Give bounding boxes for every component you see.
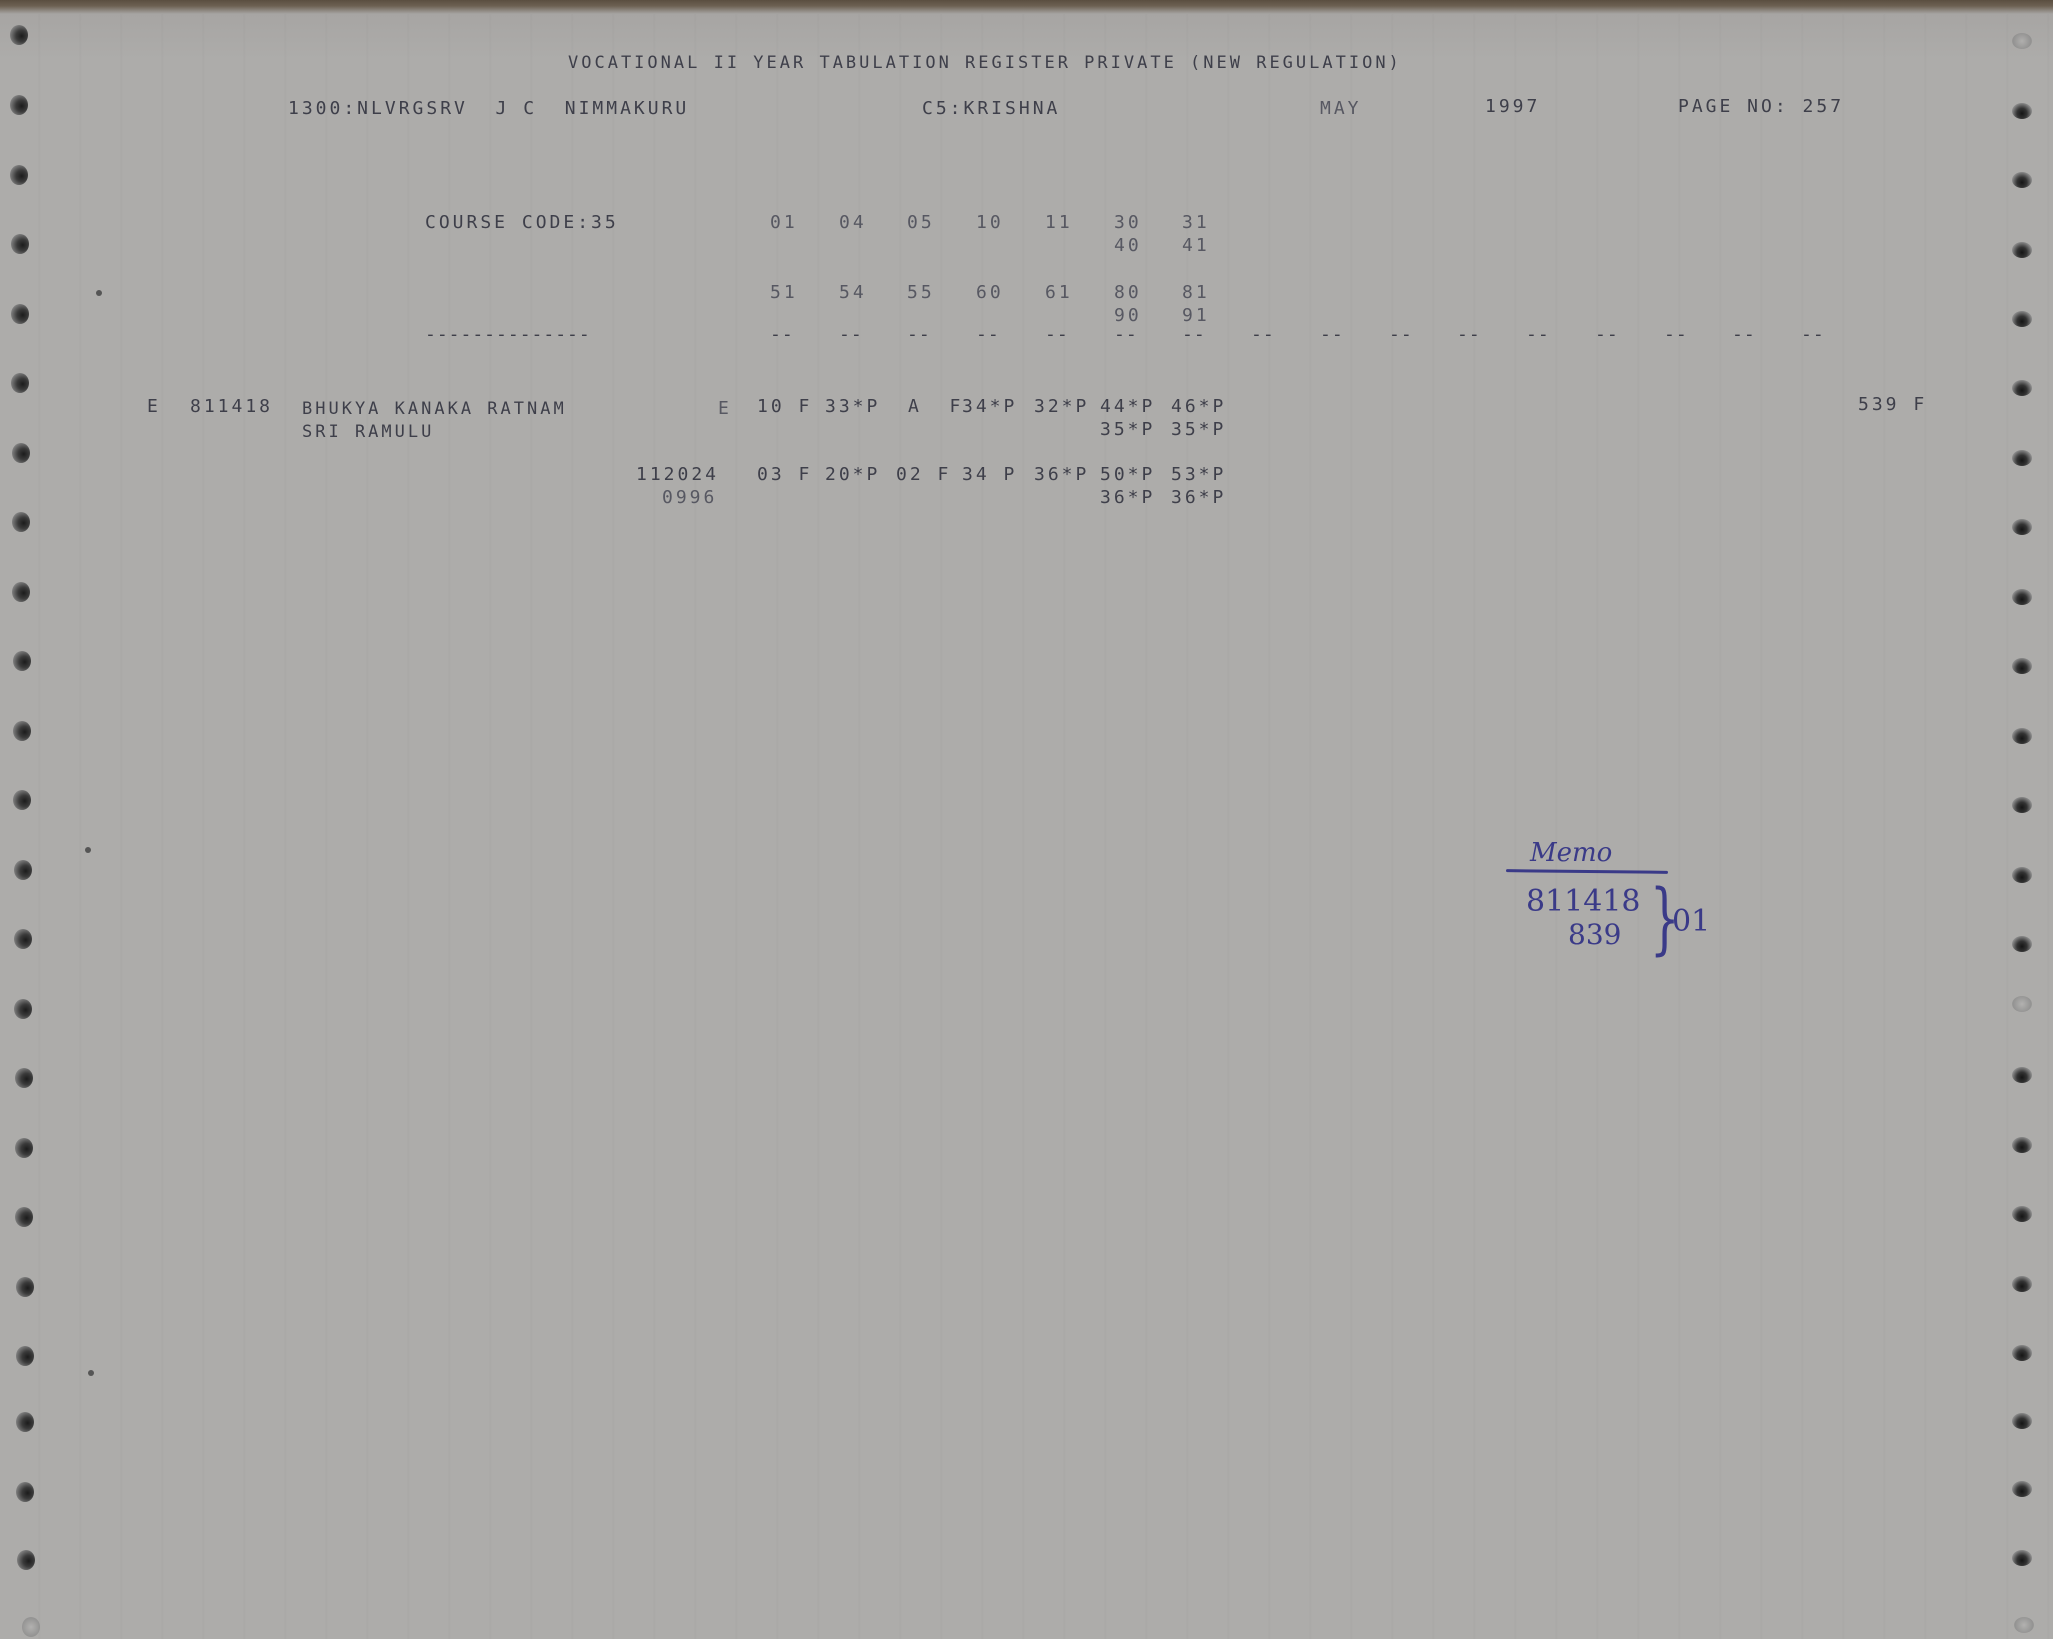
sprocket-hole-icon: [2012, 33, 2032, 49]
id-code-sub: 0996: [662, 487, 717, 509]
separator-line: --------------: [425, 324, 591, 345]
mark-cell-sub: 35*P: [1171, 419, 1226, 441]
sprocket-hole-icon: [14, 929, 32, 949]
sprocket-hole-icon: [12, 443, 30, 463]
sprocket-hole-icon: [2012, 867, 2032, 883]
sprocket-hole-icon: [11, 373, 29, 393]
subject-code: 51: [770, 282, 798, 304]
subject-code: 31: [1182, 212, 1210, 234]
exam-year: 1997: [1485, 96, 1540, 118]
sprocket-hole-icon: [16, 1482, 34, 1502]
sprocket-hole-icon: [2012, 1276, 2032, 1292]
college-code: 1300:NLVRGSRV J C NIMMAKURU: [288, 98, 689, 120]
subject-code: 30: [1114, 212, 1142, 234]
sprocket-hole-icon: [2012, 519, 2032, 535]
mark-cell: 32*P: [1034, 396, 1089, 418]
student-name: BHUKYA KANAKA RATNAM: [302, 398, 567, 420]
subject-code: 54: [839, 282, 867, 304]
sprocket-hole-icon: [11, 304, 29, 324]
dash-cell: --: [1389, 324, 1413, 345]
dash-cell: --: [1801, 324, 1825, 345]
sprocket-hole-icon: [14, 999, 32, 1019]
result-status: F: [1913, 394, 1927, 415]
sprocket-hole-icon: [2012, 658, 2032, 674]
subject-code: 60: [976, 282, 1004, 304]
medium: E: [718, 398, 732, 420]
sprocket-hole-icon: [16, 1277, 34, 1297]
subject-code: 05: [907, 212, 935, 234]
subject-code: 61: [1045, 282, 1073, 304]
sprocket-hole-icon: [13, 651, 31, 671]
sprocket-hole-icon: [2012, 936, 2032, 952]
mark-cell: 36*P: [1034, 464, 1089, 486]
mark-cell: 50*P: [1100, 464, 1155, 486]
paper-speck: [96, 290, 102, 296]
dash-cell: --: [1251, 324, 1275, 345]
mark-cell: 03 F: [757, 464, 812, 486]
dash-cell: --: [1595, 324, 1619, 345]
sprocket-hole-icon: [2012, 1345, 2032, 1361]
subject-code-sub: 40: [1114, 235, 1142, 257]
sprocket-hole-icon: [2012, 728, 2032, 744]
sprocket-hole-icon: [2012, 450, 2032, 466]
sprocket-hole-icon: [2012, 1137, 2032, 1153]
sprocket-hole-icon: [11, 234, 29, 254]
sprocket-hole-icon: [2012, 1206, 2032, 1222]
memo-underline: [1506, 869, 1668, 874]
dash-cell: --: [1526, 324, 1550, 345]
page-number-value: 257: [1803, 96, 1845, 117]
subject-code-sub: 41: [1182, 235, 1210, 257]
district-code: C5:KRISHNA: [922, 98, 1060, 120]
sprocket-hole-icon: [22, 1617, 40, 1637]
sprocket-hole-icon: [14, 860, 32, 880]
course-code-label: COURSE CODE:35: [425, 212, 619, 234]
sprocket-hole-icon: [2012, 1550, 2032, 1566]
memo-brace-value: 01: [1672, 904, 1710, 939]
exam-month: MAY: [1320, 98, 1362, 120]
dash-cell: --: [1114, 324, 1138, 345]
dash-cell: --: [1320, 324, 1344, 345]
sprocket-hole-icon: [2012, 242, 2032, 258]
sprocket-hole-icon: [10, 25, 28, 45]
sprocket-hole-icon: [17, 1550, 35, 1570]
dash-cell: --: [1732, 324, 1756, 345]
sprocket-hole-icon: [16, 1412, 34, 1432]
sprocket-hole-icon: [13, 790, 31, 810]
tabulation-register-page: VOCATIONAL II YEAR TABULATION REGISTER P…: [0, 0, 2053, 1639]
dash-cell: --: [1045, 324, 1069, 345]
memo-heading: Memo: [1530, 838, 1612, 868]
subject-code: 11: [1045, 212, 1073, 234]
dash-cell: --: [1664, 324, 1688, 345]
candidate-category: E: [147, 396, 161, 418]
total-marks: 539: [1858, 394, 1900, 415]
sprocket-hole-icon: [2012, 380, 2032, 396]
total-result: 539 F: [1858, 394, 1927, 416]
sprocket-hole-icon: [10, 165, 28, 185]
subject-code: 10: [976, 212, 1004, 234]
sprocket-hole-icon: [15, 1068, 33, 1088]
dash-cell: --: [907, 324, 931, 345]
sprocket-hole-icon: [2012, 797, 2032, 813]
mark-cell: 20*P: [825, 464, 880, 486]
dash-cell: --: [770, 324, 794, 345]
father-name: SRI RAMULU: [302, 421, 434, 443]
subject-code: 01: [770, 212, 798, 234]
paper-speck: [88, 1370, 94, 1376]
dash-cell: --: [839, 324, 863, 345]
sprocket-hole-icon: [2012, 1481, 2032, 1497]
sprocket-hole-icon: [2014, 1617, 2034, 1633]
sprocket-hole-icon: [2012, 103, 2032, 119]
sprocket-hole-icon: [13, 721, 31, 741]
mark-cell: 34 P: [962, 464, 1017, 486]
dash-cell: --: [1182, 324, 1206, 345]
dash-cell: --: [976, 324, 1000, 345]
mark-cell: 33*P: [825, 396, 880, 418]
page-label: PAGE NO:: [1678, 96, 1789, 117]
sprocket-hole-icon: [16, 1346, 34, 1366]
mark-cell: 10 F: [757, 396, 812, 418]
dash-cell: --: [1457, 324, 1481, 345]
sprocket-hole-icon: [2012, 996, 2032, 1012]
sprocket-hole-icon: [2012, 1413, 2032, 1429]
mark-cell-sub: 36*P: [1171, 487, 1226, 509]
sprocket-hole-icon: [2012, 172, 2032, 188]
sprocket-hole-icon: [2012, 589, 2032, 605]
sprocket-hole-icon: [12, 512, 30, 532]
mark-cell-sub: 35*P: [1100, 419, 1155, 441]
register-title: VOCATIONAL II YEAR TABULATION REGISTER P…: [568, 52, 1402, 74]
subject-code: 80: [1114, 282, 1142, 304]
sprocket-hole-icon: [10, 95, 28, 115]
separator-row: -------------- -- -- -- -- -- -- -- -- -…: [0, 324, 2053, 344]
sprocket-hole-icon: [2012, 1067, 2032, 1083]
memo-line-1: 811418: [1526, 884, 1641, 919]
sprocket-hole-icon: [12, 582, 30, 602]
page-number: PAGE NO: 257: [1678, 96, 1844, 118]
mark-cell: 53*P: [1171, 464, 1226, 486]
mark-cell: A F: [908, 396, 963, 418]
mark-cell: 44*P: [1100, 396, 1155, 418]
mark-cell: 02 F: [896, 464, 951, 486]
mark-cell: 34*P: [962, 396, 1017, 418]
subject-code: 55: [907, 282, 935, 304]
subject-code: 04: [839, 212, 867, 234]
mark-cell: 46*P: [1171, 396, 1226, 418]
paper-speck: [85, 847, 91, 853]
memo-line-2: 839: [1568, 918, 1621, 951]
mark-cell-sub: 36*P: [1100, 487, 1155, 509]
hall-ticket-number: 811418: [190, 396, 273, 418]
sprocket-hole-icon: [15, 1138, 33, 1158]
sprocket-hole-icon: [15, 1207, 33, 1227]
id-code: 112024: [636, 464, 719, 486]
subject-code: 81: [1182, 282, 1210, 304]
